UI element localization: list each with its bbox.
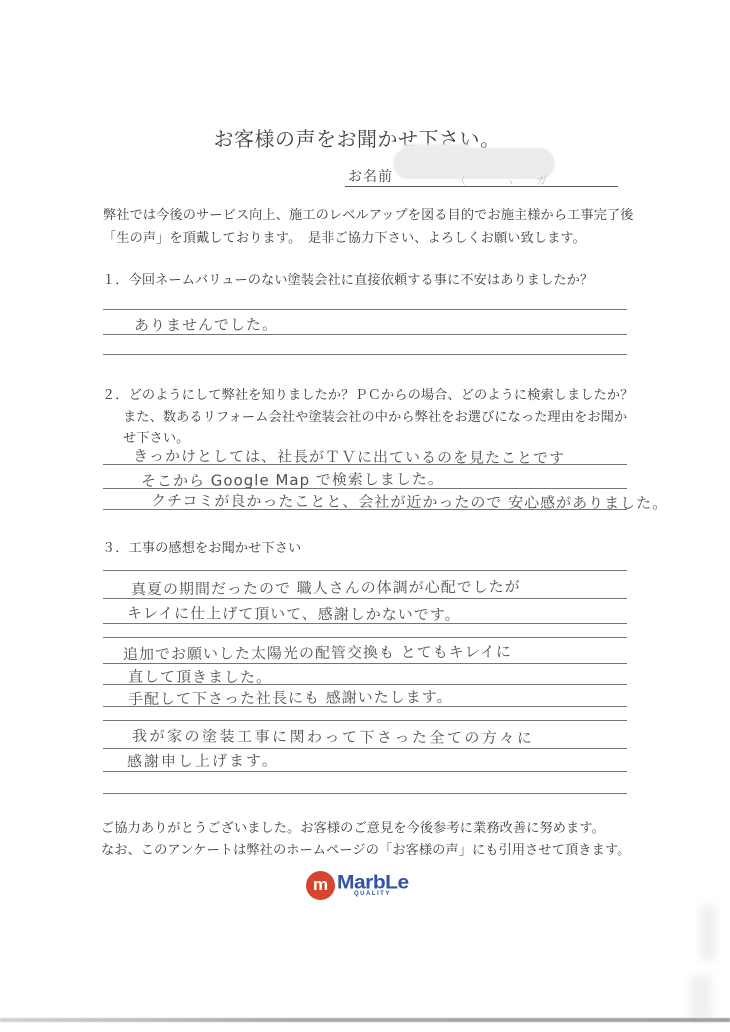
page-title: お客様の声をお聞かせ下さい。 [0,123,714,152]
intro-line-2: 「生の声」を頂戴しております。 是非ご協力下さい、よろしくお願い致します。 [103,230,586,245]
scan-smudge [690,975,712,1020]
question-2-label-line2: また、数あるリフォーム会社や塗装会社の中から弊社をお選びになった理由をお聞か [123,409,627,424]
company-logo: m MarbLe QUALITY [299,869,419,903]
faint-pen-mark: ガ [536,172,547,188]
ruled-line [103,637,627,638]
ruled-line [103,720,627,721]
ruled-line [103,793,627,794]
ruled-line [103,623,627,624]
intro-line-1: 弊社では今後のサービス向上、施工のレベルアップを図る目的でお施主様から工事完了後 [103,207,634,222]
ruled-line [103,684,627,685]
name-underline [345,186,618,187]
ruled-line [103,309,627,310]
footer-note-line1: ご協力ありがとうございました。お客様のご意見を今後参考に業務改善に努めます。 [101,820,605,835]
ruled-line [103,598,627,599]
ruled-line [103,464,627,465]
name-redaction [393,148,555,179]
q3-handwritten-answer-6: 我が家の塗装工事に関わって下さった全ての方々に [132,725,534,748]
q3-handwritten-answer-3: 追加でお願いした太陽光の配管交換も とてもキレイに [123,641,512,665]
q3-handwritten-answer-7: 感謝申し上げます。 [127,749,279,771]
logo-m-icon: m [306,871,335,900]
faint-pen-mark: （ [455,172,466,188]
ruled-line [103,354,627,355]
scan-smudge [700,905,716,960]
q3-handwritten-answer-1: 真夏の期間だったので 職人さんの体調が心配でしたが [131,576,521,600]
question-2-label-line3: せ下さい。 [123,430,189,445]
q1-handwritten-answer: ありませんでした。 [134,313,278,335]
question-1-label: １．今回ネームバリューのない塗装会社に直接依頼する事に不安はありましたか？ [102,272,593,287]
questionnaire-page: お客様の声をお聞かせ下さい。 お名前 （ ヽ ガ 弊社では今後のサービス向上、施… [0,0,730,1032]
scan-edge-shadow [0,1018,730,1022]
question-3-label: ３．工事の感想をお聞かせ下さい [102,540,301,555]
ruled-line [103,663,627,664]
ruled-line [103,334,627,335]
q3-handwritten-answer-2: キレイに仕上げて頂いて、感謝しかないです。 [127,602,461,625]
footer-note-line2: なお、このアンケートは弊社のホームページの「お客様の声」にも引用させて頂きます。 [101,842,630,857]
logo-tagline: QUALITY [354,891,391,897]
ruled-line [103,706,627,707]
ruled-line [103,570,627,571]
question-2-label-line1: ２．どのようにして弊社を知りましたか？ＰＣからの場合、どのように検索しましたか？ [102,387,634,402]
ruled-line [103,771,627,772]
ruled-line [103,509,627,510]
name-label: お名前 [348,166,393,186]
ruled-line [103,748,627,749]
faint-pen-mark: ヽ [505,174,516,190]
